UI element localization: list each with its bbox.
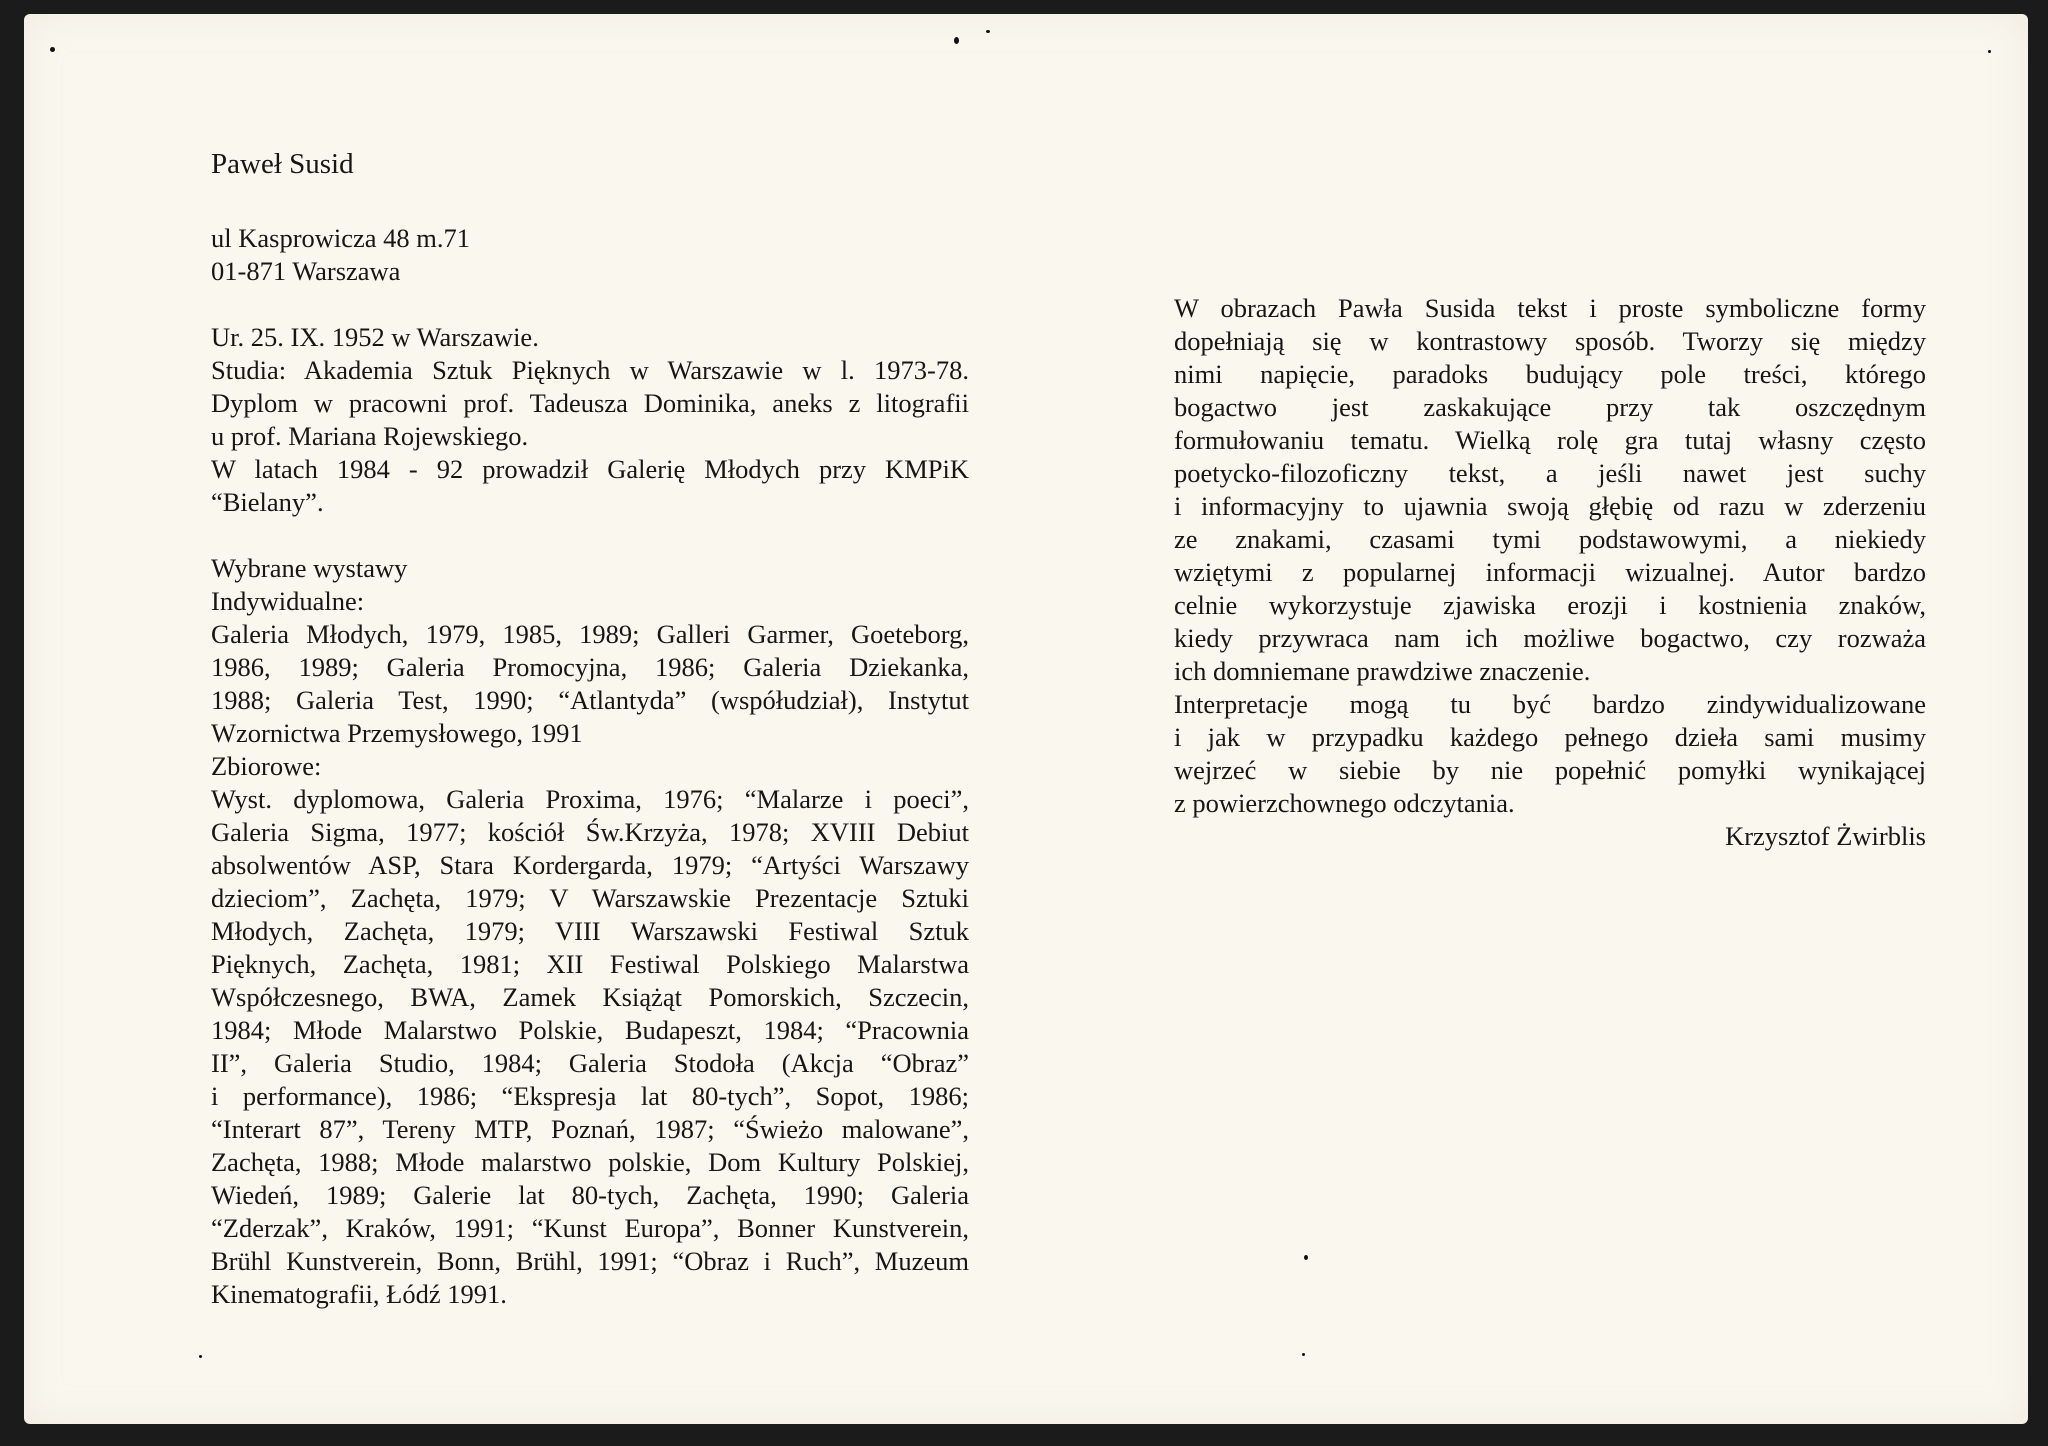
bio-line: “Bielany”. [211, 486, 969, 519]
exhibition-line: Pięknych, Zachęta, 1981; XII Festiwal Po… [211, 948, 969, 981]
essay-line: z powierzchownego odczytania. [1174, 787, 1926, 820]
exhibition-line: Galeria Młodych, 1979, 1985, 1989; Galle… [211, 618, 969, 651]
essay-signature: Krzysztof Żwirblis [1174, 820, 1926, 853]
essay-line: wejrzeć w siebie by nie popełnić pomyłki… [1174, 754, 1926, 787]
exhibition-line: absolwentów ASP, Stara Kordergarda, 1979… [211, 849, 969, 882]
document-page: Paweł Susid ul Kasprowicza 48 m.71 01-87… [24, 14, 2028, 1424]
exhibition-line: 1988; Galeria Test, 1990; “Atlantyda” (w… [211, 684, 969, 717]
exhibition-line: Kinematografii, Łódź 1991. [211, 1278, 969, 1311]
exhibitions-block: Wybrane wystawy Indywidualne: Galeria Mł… [211, 552, 969, 1311]
essay-line: kiedy przywraca nam ich możliwe bogactwo… [1174, 622, 1926, 655]
bio-line: Studia: Akademia Sztuk Pięknych w Warsza… [211, 354, 969, 387]
paper-speck [199, 1355, 202, 1358]
essay-line: celnie wykorzystuje zjawiska erozji i ko… [1174, 589, 1926, 622]
essay-paragraph: W obrazach Pawła Susida tekst i proste s… [1174, 292, 1926, 688]
exhibition-line: “Zderzak”, Kraków, 1991; “Kunst Europa”,… [211, 1212, 969, 1245]
essay-line: i jak w przypadku każdego pełnego dzieła… [1174, 721, 1926, 754]
exhibition-line: Brühl Kunstverein, Bonn, Brühl, 1991; “O… [211, 1245, 969, 1278]
address-block: ul Kasprowicza 48 m.71 01-871 Warszawa [211, 222, 969, 288]
exhibition-line: 1986, 1989; Galeria Promocyjna, 1986; Ga… [211, 651, 969, 684]
essay-line: formułowaniu tematu. Wielką rolę gra tut… [1174, 424, 1926, 457]
paper-speck [1302, 1353, 1305, 1356]
group-exhibitions-heading: Zbiorowe: [211, 750, 969, 783]
exhibition-line: 1984; Młode Malarstwo Polskie, Budapeszt… [211, 1014, 969, 1047]
critic-essay-column: W obrazach Pawła Susida tekst i proste s… [1174, 292, 1926, 853]
essay-line: ze znakami, czasami tymi podstawowymi, a… [1174, 523, 1926, 556]
fold-mark [986, 30, 990, 33]
exhibition-line: Galeria Sigma, 1977; kościół Św.Krzyża, … [211, 816, 969, 849]
address-line: ul Kasprowicza 48 m.71 [211, 222, 969, 255]
paper-speck [1304, 1255, 1308, 1260]
essay-line: dopełniają się w kontrastowy sposób. Two… [1174, 325, 1926, 358]
bio-line: W latach 1984 - 92 prowadził Galerię Mło… [211, 453, 969, 486]
essay-line: i informacyjny to ujawnia swoją głębię o… [1174, 490, 1926, 523]
essay-line: wziętymi z popularnej informacji wizualn… [1174, 556, 1926, 589]
biography-block: Ur. 25. IX. 1952 w Warszawie. Studia: Ak… [211, 321, 969, 519]
essay-line: poetycko-filozoficzny tekst, a jeśli naw… [1174, 457, 1926, 490]
essay-paragraph: Interpretacje mogą tu być bardzo zindywi… [1174, 688, 1926, 820]
bio-line: Ur. 25. IX. 1952 w Warszawie. [211, 321, 969, 354]
artist-bio-column: Paweł Susid ul Kasprowicza 48 m.71 01-87… [211, 146, 969, 1344]
exhibition-line: Wyst. dyplomowa, Galeria Proxima, 1976; … [211, 783, 969, 816]
essay-line: nimi napięcie, paradoks budujący pole tr… [1174, 358, 1926, 391]
essay-line: W obrazach Pawła Susida tekst i proste s… [1174, 292, 1926, 325]
individual-exhibitions-heading: Indywidualne: [211, 585, 969, 618]
fold-mark [954, 37, 959, 44]
bio-line: Dyplom w pracowni prof. Tadeusza Dominik… [211, 387, 969, 420]
artist-name: Paweł Susid [211, 146, 969, 182]
essay-line: Interpretacje mogą tu być bardzo zindywi… [1174, 688, 1926, 721]
essay-line: ich domniemane prawdziwe znaczenie. [1174, 655, 1926, 688]
paper-speck [50, 47, 55, 52]
exhibitions-heading: Wybrane wystawy [211, 552, 969, 585]
exhibition-line: Współczesnego, BWA, Zamek Książąt Pomors… [211, 981, 969, 1014]
address-line: 01-871 Warszawa [211, 255, 969, 288]
essay-line: bogactwo jest zaskakujące przy tak oszcz… [1174, 391, 1926, 424]
exhibition-line: Zachęta, 1988; Młode malarstwo polskie, … [211, 1146, 969, 1179]
bio-line: u prof. Mariana Rojewskiego. [211, 420, 969, 453]
exhibition-line: Młodych, Zachęta, 1979; VIII Warszawski … [211, 915, 969, 948]
exhibition-line: Wzornictwa Przemysłowego, 1991 [211, 717, 969, 750]
exhibition-line: “Interart 87”, Tereny MTP, Poznań, 1987;… [211, 1113, 969, 1146]
exhibition-line: II”, Galeria Studio, 1984; Galeria Stodo… [211, 1047, 969, 1080]
exhibition-line: Wiedeń, 1989; Galerie lat 80-tych, Zachę… [211, 1179, 969, 1212]
exhibition-line: i performance), 1986; “Ekspresja lat 80-… [211, 1080, 969, 1113]
paper-speck [1988, 50, 1991, 53]
exhibition-line: dzieciom”, Zachęta, 1979; V Warszawskie … [211, 882, 969, 915]
